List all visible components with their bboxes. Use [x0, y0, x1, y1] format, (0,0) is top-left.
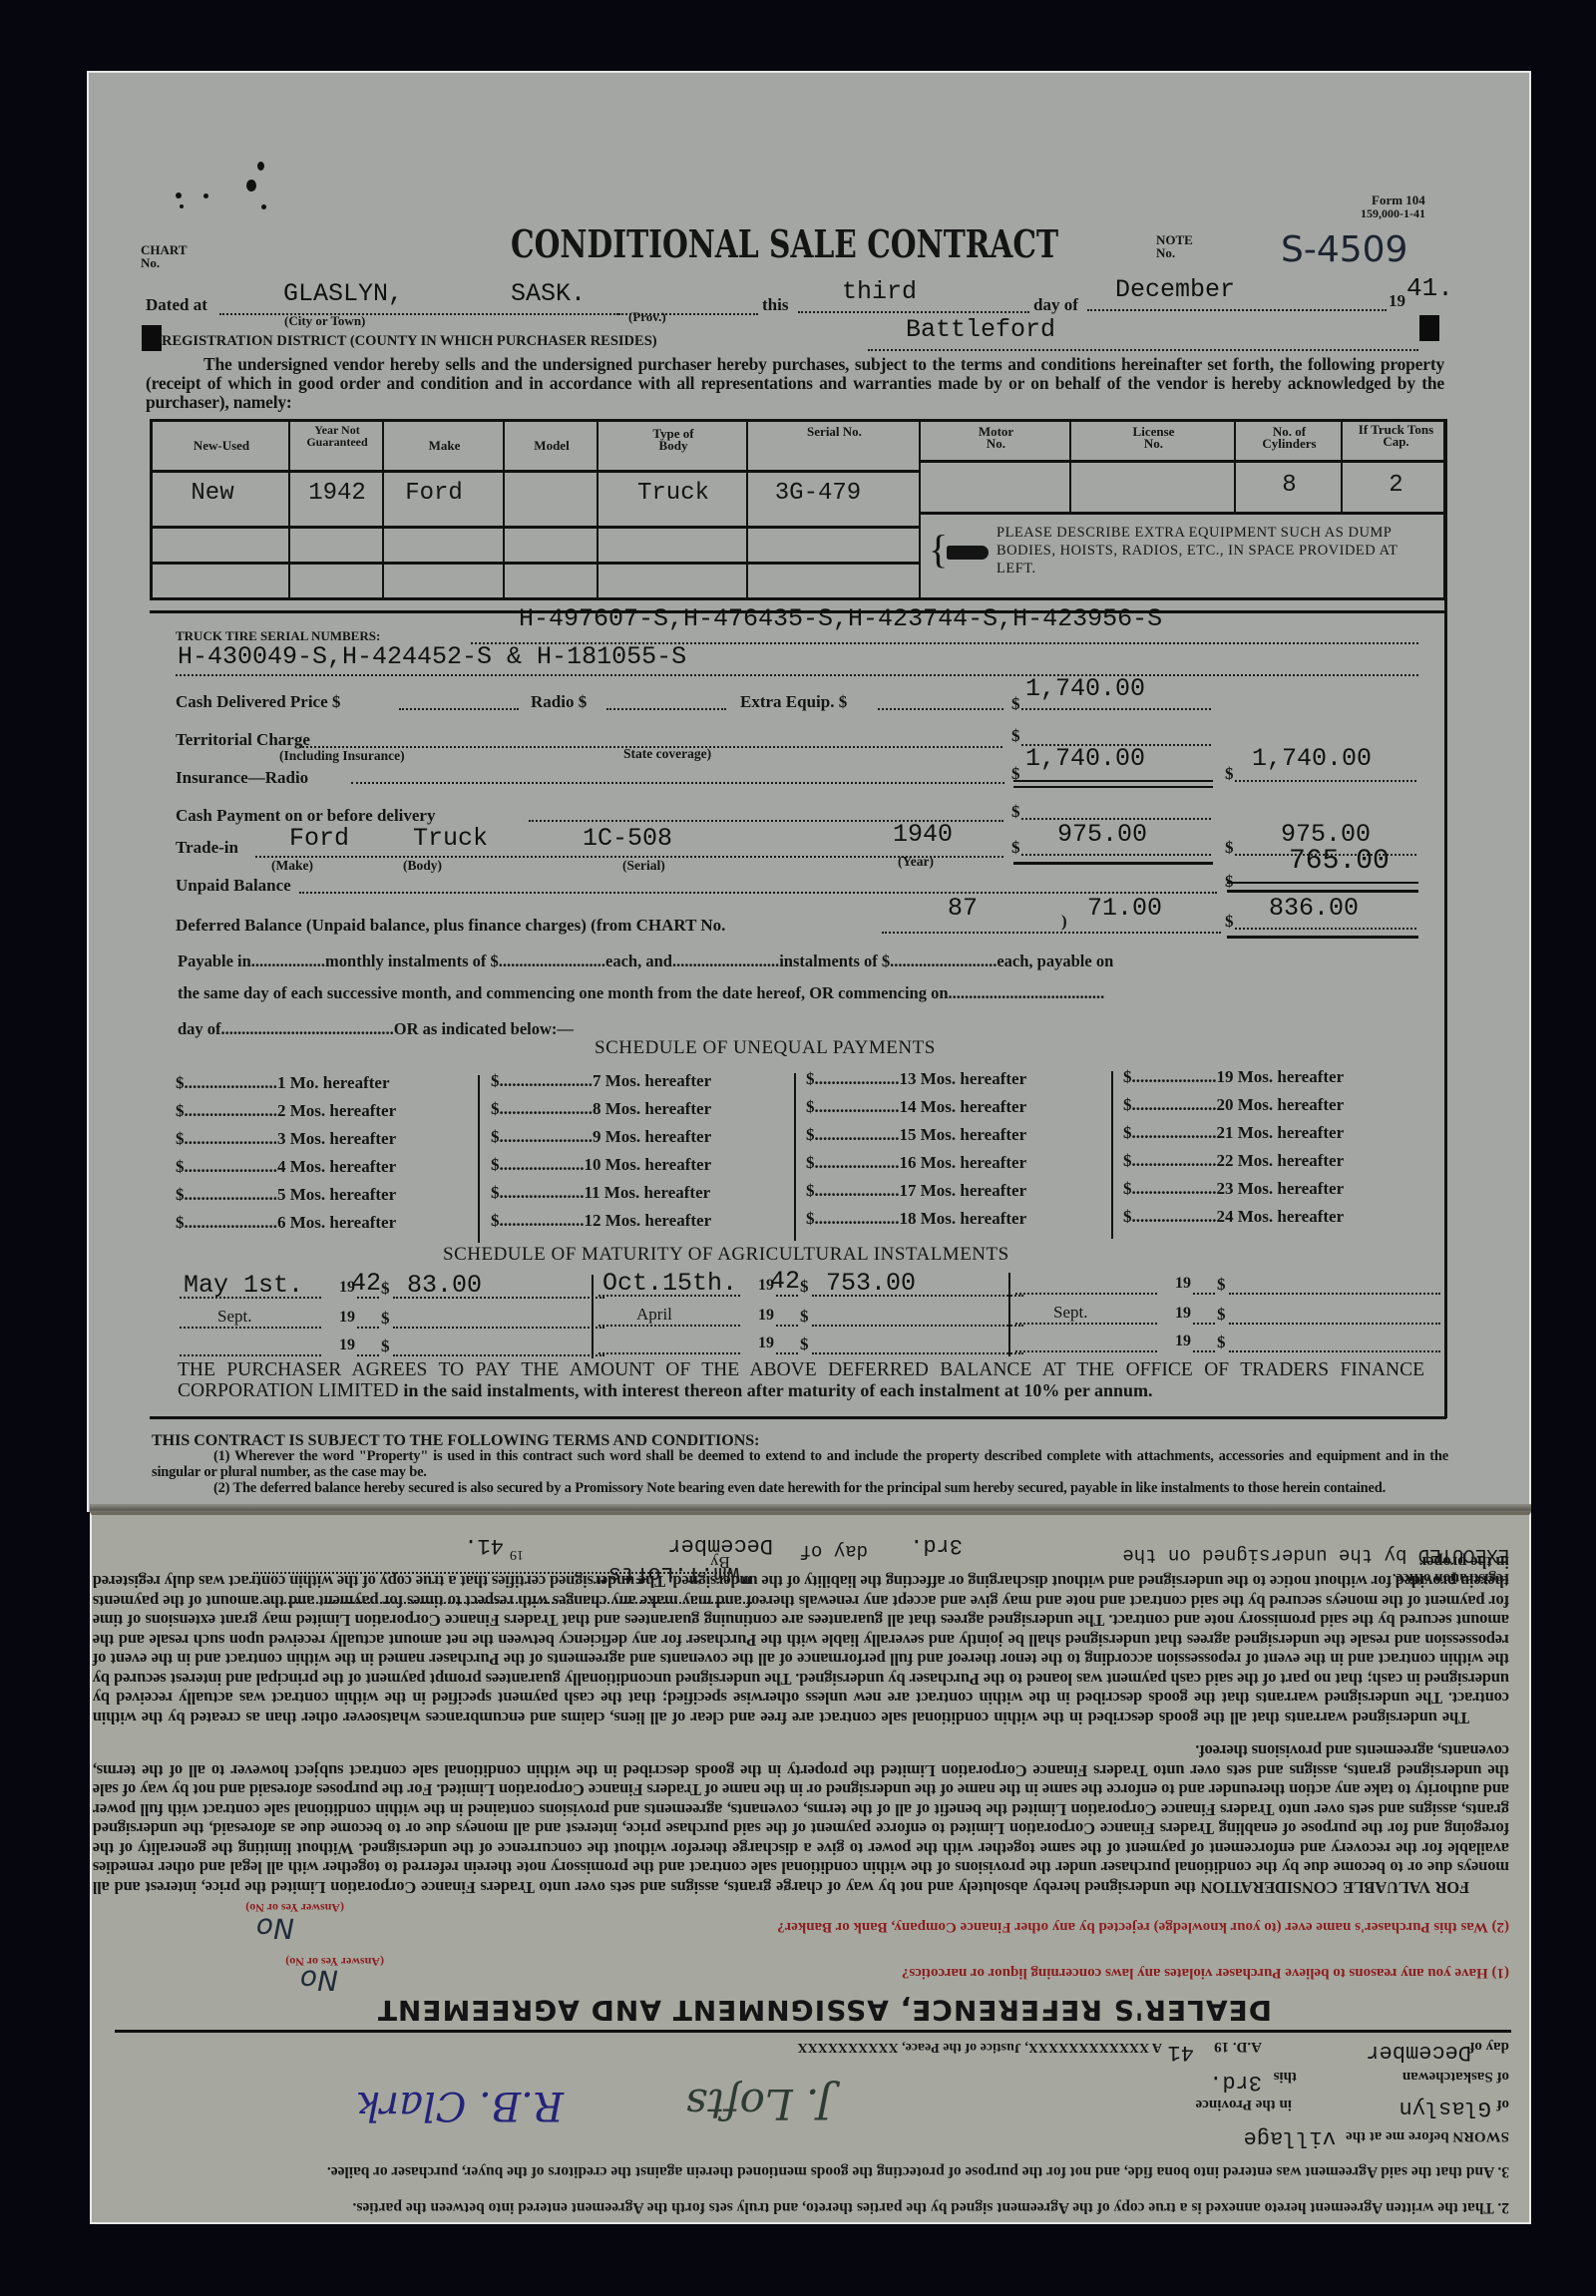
question-1: (1) Have you any reasons to believe Purc…: [902, 1964, 1509, 1981]
sworn-label: SWORN before me at the: [1346, 2127, 1509, 2144]
unequal-payment-item: $......................2 Mos. hereafter: [176, 1101, 396, 1121]
agri-date: April: [636, 1305, 672, 1325]
agri-date: May 1st.: [184, 1271, 303, 1300]
sworn-year: 41: [1168, 2040, 1194, 2065]
unequal-payment-item: $......................1 Mo. hereafter: [176, 1073, 390, 1093]
hole-mark: [203, 193, 208, 198]
clause-3: 3. And that the said Agreement was enter…: [108, 2162, 1509, 2180]
col-year: Year Not Guaranteed: [290, 424, 384, 448]
clause-2: 2. That the written Agreement hereto ann…: [108, 2198, 1509, 2216]
dollar-sign: $: [1217, 1275, 1226, 1295]
finance-charge: 71.00: [1087, 894, 1162, 923]
agri-year-prefix: 19: [1175, 1305, 1191, 1323]
hole-mark: [180, 204, 184, 208]
unequal-payment-item: $....................10 Mos. hereafter: [491, 1155, 711, 1175]
tradein-body: Truck: [413, 824, 488, 853]
col-serial: Serial No.: [748, 426, 921, 438]
document-title: CONDITIONAL SALE CONTRACT: [511, 221, 1058, 266]
unequal-payment-item: $......................3 Mos. hereafter: [176, 1129, 396, 1149]
cash-delivered-label: Cash Delivered Price $: [176, 692, 340, 712]
pointing-hand-icon: [947, 546, 989, 560]
question-2: (2) Was this Purchaser's name ever (to y…: [777, 1918, 1509, 1935]
territorial-caption: (Including Insurance): [279, 748, 405, 764]
cash-delivered-total: 1,740.00: [1025, 674, 1145, 703]
cell-tons: 2: [1343, 472, 1449, 499]
unequal-payment-item: $....................14 Mos. hereafter: [806, 1097, 1026, 1117]
dollar-sign: $: [1217, 1305, 1226, 1325]
registration-office: registration office.: [1393, 1569, 1509, 1586]
cell-new-used: New: [153, 480, 272, 507]
agri-amount: 83.00: [407, 1271, 482, 1300]
executed-day: 3rd.: [910, 1533, 963, 1558]
agri-year-prefix: 19: [758, 1307, 774, 1325]
dollar-sign: $: [1217, 1333, 1226, 1352]
unequal-payment-item: $......................4 Mos. hereafter: [176, 1157, 396, 1177]
agri-year-prefix: 19: [339, 1309, 355, 1327]
agri-year: 42: [770, 1267, 800, 1296]
unequal-payment-item: $....................16 Mos. hereafter: [806, 1153, 1026, 1173]
guarantee-paragraph: The undersigned warrants that all the go…: [93, 1553, 1509, 1728]
col-model: Model: [505, 440, 598, 452]
cell-serial: 3G-479: [748, 480, 888, 507]
this-label: this: [1274, 2068, 1297, 2085]
cash-payment-label: Cash Payment on or before delivery: [176, 806, 435, 826]
extra-equip-label: Extra Equip. $: [740, 692, 847, 712]
dollar-sign: $: [1011, 694, 1020, 714]
col-license: License No.: [1071, 426, 1236, 450]
dollar-sign: $: [800, 1307, 809, 1327]
tradein-total: 975.00: [1281, 820, 1371, 849]
extra-equipment-note: PLEASE DESCRIBE EXTRA EQUIPMENT SUCH AS …: [997, 524, 1435, 577]
agri-date: Sept.: [217, 1307, 251, 1327]
ad-label: A.D. 19: [1214, 2038, 1262, 2055]
year-prefix: 19: [1389, 291, 1405, 311]
make-caption: (Make): [271, 858, 313, 874]
agri-year-prefix: 19: [1175, 1275, 1191, 1293]
territorial-label: Territorial Charge: [176, 730, 310, 750]
terms-clause-1: (1) Wherever the word "Property" is used…: [152, 1448, 1448, 1480]
unequal-payment-item: $....................23 Mos. hereafter: [1123, 1179, 1344, 1199]
note-no-label: NOTE No.: [1156, 233, 1211, 259]
state-coverage-caption: State coverage): [623, 746, 711, 762]
col-motor: Motor No.: [921, 426, 1071, 450]
registration-label: REGISTRATION DISTRICT (COUNTY IN WHICH P…: [162, 333, 657, 350]
tradein-year: 1940: [893, 820, 953, 849]
body-caption: (Body): [403, 858, 442, 874]
tires-line-1: H-497607-S,H-476435-S,H-423744-S,H-42395…: [519, 604, 1162, 633]
payable-line-2: the same day of each successive month, a…: [178, 983, 1104, 1003]
unequal-payment-item: $......................8 Mos. hereafter: [491, 1099, 711, 1119]
dollar-sign: $: [1225, 912, 1234, 932]
unequal-payment-item: $....................19 Mos. hereafter: [1123, 1067, 1344, 1087]
tradein-make: Ford: [289, 824, 349, 853]
intro-paragraph: The undersigned vendor hereby sells and …: [146, 355, 1444, 412]
executed-prefix: EXECUTED by the undersigned on the: [1122, 1544, 1509, 1566]
agricultural-title: SCHEDULE OF MATURITY OF AGRICULTURAL INS…: [443, 1244, 1009, 1266]
unpaid-value: 765.00: [1289, 846, 1390, 877]
col-make: Make: [384, 440, 505, 452]
tradein-serial: 1C-508: [583, 824, 672, 853]
by-label: By: [710, 1552, 730, 1572]
agri-year: 42: [351, 1269, 381, 1298]
executed-dayof: day of: [800, 1540, 868, 1562]
deferred-value: 836.00: [1269, 894, 1359, 923]
payable-line-3: day of..................................…: [178, 1019, 574, 1039]
dated-at-label: Dated at: [146, 295, 207, 315]
tradein-label: Trade-in: [176, 838, 238, 858]
agreement-rest: in the said instalments, with interest t…: [403, 1380, 1152, 1400]
col-cylinders: No. of Cylinders: [1236, 426, 1343, 450]
unequal-payment-item: $....................24 Mos. hereafter: [1123, 1207, 1344, 1227]
sworn-place: Glaslyn: [1399, 2096, 1491, 2120]
insurance-label: Insurance—Radio: [176, 768, 308, 788]
registration-value: Battleford: [906, 315, 1055, 344]
unequal-payment-item: $......................9 Mos. hereafter: [491, 1127, 711, 1147]
terms-clause-2: (2) The deferred balance hereby secured …: [152, 1480, 1448, 1496]
deferred-label: Deferred Balance (Unpaid balance, plus f…: [176, 916, 725, 936]
year-caption: (Year): [898, 854, 934, 870]
unequal-payment-item: $....................22 Mos. hereafter: [1123, 1151, 1344, 1171]
question-2-answer: No: [256, 1912, 294, 1945]
dollar-sign: $: [381, 1309, 390, 1329]
unequal-title: SCHEDULE OF UNEQUAL PAYMENTS: [595, 1037, 936, 1059]
dollar-sign: $: [1225, 764, 1234, 784]
unequal-payment-item: $....................21 Mos. hereafter: [1123, 1123, 1344, 1143]
unequal-payment-item: $....................12 Mos. hereafter: [491, 1211, 711, 1231]
cell-body: Truck: [598, 480, 748, 507]
hole-mark: [257, 162, 264, 171]
agri-year-prefix: 19: [339, 1337, 355, 1354]
unequal-payment-item: $....................18 Mos. hereafter: [806, 1209, 1026, 1229]
agri-year-prefix: 19: [758, 1335, 774, 1352]
hole-mark: [246, 180, 256, 191]
radio-label: Radio $: [531, 692, 587, 712]
note-no-value: S-4509: [1281, 229, 1407, 270]
unequal-payment-item: $......................7 Mos. hereafter: [491, 1071, 711, 1091]
this-label: this: [762, 295, 788, 315]
unequal-payment-item: $......................5 Mos. hereafter: [176, 1185, 396, 1205]
chart-no-label: CHART No.: [141, 243, 200, 269]
consideration-paragraph: FOR VALUABLE CONSIDERATION the undersign…: [93, 1741, 1509, 1897]
executed-year: 41.: [464, 1533, 504, 1558]
tires-line-2: H-430049-S,H-424452-S & H-181055-S: [178, 642, 686, 671]
dealer-heading: DEALER'S REFERENCE, ASSIGNMENT AND AGREE…: [377, 1994, 1272, 2027]
dealer-reference-reverse: 2. That the written Agreement hereto ann…: [90, 1512, 1531, 2224]
sworn-place-type: village: [1244, 2125, 1336, 2150]
col-body: Type of Body: [598, 428, 748, 452]
purchaser-agreement: THE PURCHASER AGREES TO PAY THE AMOUNT O…: [178, 1360, 1424, 1401]
cell-year: 1942: [290, 480, 384, 507]
serial-caption: (Serial): [622, 858, 665, 874]
unequal-payment-item: $....................13 Mos. hereafter: [806, 1069, 1026, 1089]
signature-rb-clark: R.B. Clark: [356, 2083, 564, 2128]
dollar-sign: $: [381, 1337, 390, 1356]
sworn-day: 3rd.: [1209, 2070, 1262, 2095]
dollar-sign: $: [1011, 838, 1020, 858]
dollar-sign: $: [800, 1335, 809, 1354]
cell-make: Ford: [384, 480, 484, 507]
executed-year-prefix: 19: [510, 1546, 524, 1562]
hole-mark: [261, 204, 266, 209]
unequal-payment-item: $....................15 Mos. hereafter: [806, 1125, 1026, 1145]
dollar-sign: $: [1225, 838, 1234, 858]
unequal-payment-item: $....................20 Mos. hereafter: [1123, 1095, 1344, 1115]
dated-province: SASK.: [511, 279, 586, 308]
unequal-payment-item: $......................6 Mos. hereafter: [176, 1213, 396, 1233]
hole-mark: [176, 192, 182, 198]
cell-cylinders: 8: [1236, 472, 1343, 499]
unpaid-label: Unpaid Balance: [176, 876, 291, 896]
unequal-payment-item: $....................17 Mos. hereafter: [806, 1181, 1026, 1201]
city-caption: (City or Town): [284, 313, 365, 329]
day-of-label: day of: [1469, 2038, 1509, 2055]
province-caption: (Prov.): [628, 309, 666, 325]
col-new-used: New-Used: [153, 440, 290, 452]
brace-icon: {: [929, 520, 948, 579]
unequal-payment-item: $....................11 Mos. hereafter: [491, 1183, 710, 1203]
agri-amount: 753.00: [826, 1269, 916, 1298]
insurance-subtotal: 1,740.00: [1025, 744, 1145, 773]
dollar-sign: $: [800, 1277, 809, 1297]
dated-month: December: [1115, 275, 1235, 304]
dated-city: GLASLYN,: [283, 279, 403, 308]
tradein-value: 975.00: [1057, 820, 1147, 849]
signature-lofts: J. Lofts: [686, 2080, 833, 2128]
insurance-total: 1,740.00: [1252, 744, 1372, 773]
dollar-sign: $: [1011, 726, 1020, 746]
dated-year: 41.: [1406, 273, 1453, 303]
justice-label: A XXXXXXXXXXXX, Justice of the Peace, XX…: [798, 2039, 1163, 2055]
day-of-label: day of: [1033, 295, 1078, 315]
vehicle-table: New-Used Year Not Guaranteed Make Model …: [150, 419, 1446, 600]
dated-day: third: [842, 277, 917, 306]
form-code: 159,000-1-41: [1361, 206, 1425, 221]
col-tons: If Truck Tons Cap.: [1343, 424, 1449, 448]
chart-number: 87: [948, 894, 978, 923]
in-province-label: in the Province: [1196, 2096, 1292, 2112]
agri-date: Oct.15th.: [602, 1269, 737, 1298]
sworn-month: December: [1366, 2040, 1471, 2065]
payable-line-1: Payable in..................monthly inst…: [178, 952, 1113, 971]
dollar-sign: $: [1011, 802, 1020, 822]
agri-date: Sept.: [1053, 1303, 1087, 1323]
province-value: of Saskatchewan: [1402, 2068, 1509, 2085]
question-1-answer: No: [300, 1964, 338, 1997]
agri-year-prefix: 19: [1175, 1333, 1191, 1350]
of-label: of: [1497, 2096, 1510, 2112]
dollar-sign: $: [381, 1279, 390, 1299]
